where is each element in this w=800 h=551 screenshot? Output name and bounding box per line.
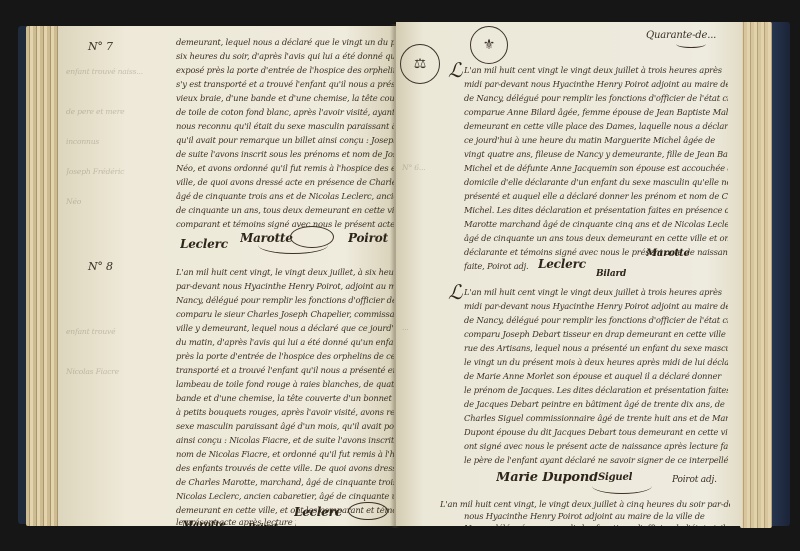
text-line: de Nancy, délégué pour remplir les fonct… xyxy=(464,92,728,104)
text-line: de suite l'avons inscrit sous les prénom… xyxy=(176,148,394,160)
text-line: qu'il avait pour remarque un billet ains… xyxy=(176,134,394,146)
text-line: nous reconnu qu'il était du sexe masculi… xyxy=(176,120,394,132)
text-line: Nicolas Leclerc, ancien cabaretier, âgé … xyxy=(176,490,394,502)
text-line: présenté et auquel elle a déclaré donner… xyxy=(464,190,728,202)
text-line: ce jourd'hui à une heure du matin Margue… xyxy=(464,134,728,146)
bleed-through-text: Néo xyxy=(66,196,176,208)
text-line: du matin, d'après l'avis qui lui a été d… xyxy=(176,336,394,348)
bleed-through-text: enfant trouvé naiss... xyxy=(66,66,176,78)
official-crown-stamp-icon: ⚜ xyxy=(470,26,508,64)
text-line: à petits bouquets rouges, après l'avoir … xyxy=(176,406,394,418)
text-line: âgé de cinquante un ans tous deux demeur… xyxy=(464,232,728,244)
page-number: Quarante-de... xyxy=(646,30,716,41)
bleed-through-text: de pere et mere xyxy=(66,106,176,118)
text-line: six heures du soir, d'après l'avis qui l… xyxy=(176,50,394,62)
text-line: Néo, et avons ordonné qu'il fut remis à … xyxy=(176,162,394,174)
signature: Leclerc xyxy=(294,506,342,518)
text-line: le prénom de Jacques. Les dites déclarat… xyxy=(464,384,728,396)
right-page: ⚖ ⚜ Quarante-de... N° 6... ... ℒ L'an mi… xyxy=(396,22,742,526)
signature: Bilard xyxy=(596,268,626,280)
text-line: de cinquante un ans, tous deux demeurant… xyxy=(176,204,394,216)
text-line: vingt quatre ans, fileuse de Nancy y dem… xyxy=(464,148,728,160)
bleed-through-text: ... xyxy=(402,322,462,334)
text-line: Marotte marchand âgé de cinquante cinq a… xyxy=(464,218,728,230)
text-line: ville y demeurant, lequel nous a déclaré… xyxy=(176,322,394,334)
text-line: lambeau de toile fond rouge à raies blan… xyxy=(176,378,394,390)
text-line: des enfants trouvés de cette ville. De q… xyxy=(176,462,394,474)
initial-L: ℒ xyxy=(448,280,462,304)
text-line: nom de Nicolas Fiacre, et ordonné qu'il … xyxy=(176,448,394,460)
text-line: ainsi conçu : Nicolas Fiacre, et de suit… xyxy=(176,434,394,446)
text-line: sexe masculin paraissant âgé d'un mois, … xyxy=(176,420,394,432)
seal-figure-icon: ⚖ xyxy=(414,56,427,72)
signature-flourish xyxy=(592,478,652,494)
text-line: faite, Poirot adj. xyxy=(464,260,534,272)
right-page-edges xyxy=(740,22,772,528)
bleed-through-text: N° 6... xyxy=(402,162,462,174)
bleed-through-text: Joseph Frédéric xyxy=(66,166,176,178)
text-line: demeurant, lequel nous a déclaré que le … xyxy=(176,36,394,48)
signature: Poirot adj. xyxy=(672,474,717,486)
text-line: domicile d'elle déclarante d'un enfant d… xyxy=(464,176,728,188)
text-line: L'an mil huit cent vingt, le vingt deux … xyxy=(176,266,394,278)
text-line: bande et d'une chemise, la tête couverte… xyxy=(176,392,394,404)
signature: Leclerc xyxy=(180,238,228,250)
allegorical-seal-icon: ⚖ xyxy=(400,44,440,84)
bleed-through-text: enfant trouvé xyxy=(66,326,176,338)
crown-fleur-de-lis-icon: ⚜ xyxy=(483,37,496,53)
text-line: rue des Artisans, lequel nous a présenté… xyxy=(464,342,728,354)
text-line: de Charles Marotte, marchand, âgé de cin… xyxy=(176,476,394,488)
page-number-flourish xyxy=(676,40,706,48)
text-line: midi par-devant nous Hyacinthe Henry Poi… xyxy=(464,300,728,312)
left-page-edges xyxy=(26,26,60,526)
text-line: Nancy, délégué pour remplir les fonction… xyxy=(176,294,394,306)
text-line: le père de l'enfant ayant déclaré ne sav… xyxy=(464,454,728,466)
bleed-through-text: Nicolas Fiacre xyxy=(66,366,176,378)
text-line: Charles Siguel commissionnaire âgé de tr… xyxy=(464,412,728,424)
text-line: comparu le sieur Charles Joseph Chapelie… xyxy=(176,308,394,320)
open-register-book: enfant trouvé naiss... de pere et mere i… xyxy=(18,20,790,530)
text-line: Dupont épouse du dit Jacques Debart tous… xyxy=(464,426,728,438)
text-line: âgé de cinquante trois ans et de Nicolas… xyxy=(176,190,394,202)
text-line: Michel et de défunte Anne Jacquemin son … xyxy=(464,162,728,174)
text-line: de Jacques Debart peintre en bâtiment âg… xyxy=(464,398,728,410)
signature: Poirot xyxy=(248,522,278,526)
signature-flourish xyxy=(348,502,388,520)
text-line: Nancy délégué pour remplir les fonctions… xyxy=(464,522,728,526)
signature: Marie Dupond xyxy=(496,472,598,484)
left-page: enfant trouvé naiss... de pere et mere i… xyxy=(58,26,396,526)
bleed-through-text: inconnus xyxy=(66,136,176,148)
text-line: midi par-devant nous Hyacinthe Henry Poi… xyxy=(464,78,728,90)
margin-entry-number: N° 7 xyxy=(88,40,113,53)
signature-flourish xyxy=(290,226,334,248)
text-line: ville, de quoi avons dressé acte en prés… xyxy=(176,176,394,188)
text-line: L'an mil huit cent vingt, le vingt deux … xyxy=(440,498,730,510)
text-line: près la porte d'entrée de l'hospice des … xyxy=(176,350,394,362)
text-line: s'y est transporté et a trouvé l'enfant … xyxy=(176,78,394,90)
text-line: de toile de coton fond blanc, après l'av… xyxy=(176,106,394,118)
signature: Marotte xyxy=(646,248,690,260)
margin-entry-number: N° 8 xyxy=(88,260,113,273)
text-line: comparant et témoins signé avec nous le … xyxy=(176,218,394,230)
text-line: L'an mil huit cent vingt le vingt deux j… xyxy=(464,64,728,76)
text-line: L'an mil huit cent vingt le vingt deux j… xyxy=(464,286,728,298)
text-line: le vingt un du présent mois à deux heure… xyxy=(464,356,728,368)
text-line: nous Hyacinthe Henry Poirot adjoint au m… xyxy=(464,510,728,522)
text-line: comparue Anne Bilard âgée, femme épouse … xyxy=(464,106,728,118)
text-line: de Nancy, délégué pour remplir les fonct… xyxy=(464,314,728,326)
initial-L: ℒ xyxy=(448,58,462,82)
text-line: de Marie Anne Morlet son épouse et auque… xyxy=(464,370,728,382)
text-line: comparu Joseph Debart tisseur en drap de… xyxy=(464,328,728,340)
text-line: demeurant en cette ville place des Dames… xyxy=(464,120,728,132)
signature: Poirot xyxy=(348,232,388,244)
text-line: vieux braie, d'une bande et d'une chemis… xyxy=(176,92,394,104)
text-line: Michel. Les dites déclaration et présent… xyxy=(464,204,728,216)
text-line: ont signé avec nous le présent acte de n… xyxy=(464,440,728,452)
text-line: exposé près la porte d'entrée de l'hospi… xyxy=(176,64,394,76)
signature: Marotte xyxy=(182,520,226,526)
text-line: par-devant nous Hyacinthe Henry Poirot, … xyxy=(176,280,394,292)
text-line: transporté et a trouvé l'enfant qu'il no… xyxy=(176,364,394,376)
signature: Leclerc xyxy=(538,258,586,270)
